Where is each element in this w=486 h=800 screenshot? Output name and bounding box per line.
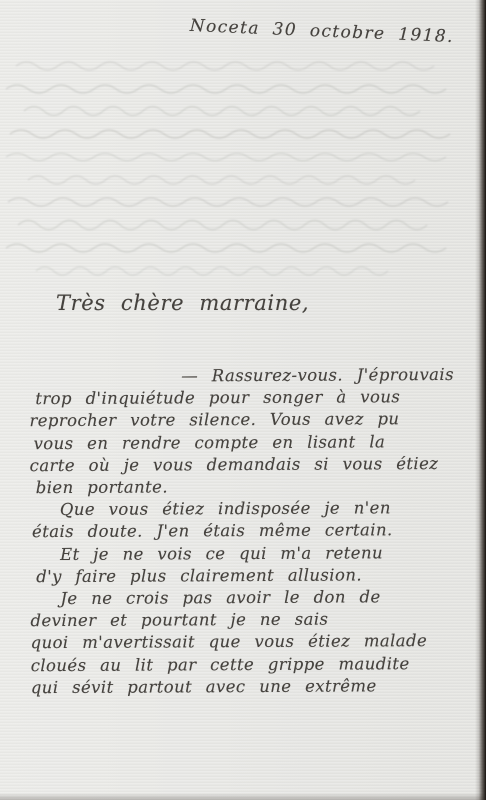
- letter-line: Que vous étiez indisposée je n'en: [60, 497, 470, 521]
- bleedthrough-ink: [6, 52, 468, 292]
- salutation: Très chère marraine,: [56, 291, 309, 315]
- letter-line: d'y faire plus clairement allusion.: [36, 564, 470, 588]
- letter-line: étais doute. J'en étais même certain.: [32, 519, 470, 543]
- letter-line: reprocher votre silence. Vous avez pu: [29, 408, 469, 433]
- letter-line: bien portante.: [36, 475, 470, 499]
- page-edge-bottom: [0, 793, 486, 800]
- letter-line: Et je ne vois ce qui m'a retenu: [60, 541, 470, 565]
- letter-line: qui sévit partout avec une extrême: [31, 675, 471, 700]
- letter-line: Je ne crois pas avoir le don de: [60, 586, 470, 610]
- letter-body: — Rassurez-vous. J'éprouvais trop d'inqu…: [29, 364, 471, 699]
- letter-line: carte où je vous demandais si vous étiez: [30, 453, 470, 478]
- letter-line: cloués au lit par cette grippe maudite: [31, 652, 471, 677]
- letter-line: vous en rendre compte en lisant la: [33, 430, 469, 454]
- dateline: Noceta 30 octobre 1918.: [189, 16, 454, 47]
- letter-line: trop d'inquiétude pour songer à vous: [35, 386, 469, 410]
- letter-page: Noceta 30 octobre 1918. Très chère marra…: [0, 0, 486, 800]
- letter-line: deviner et pourtant je ne sais: [30, 608, 470, 633]
- letter-line: — Rassurez-vous. J'éprouvais: [181, 364, 469, 388]
- letter-line: quoi m'avertissait que vous étiez malade: [31, 630, 471, 655]
- page-edge-right: [475, 0, 486, 800]
